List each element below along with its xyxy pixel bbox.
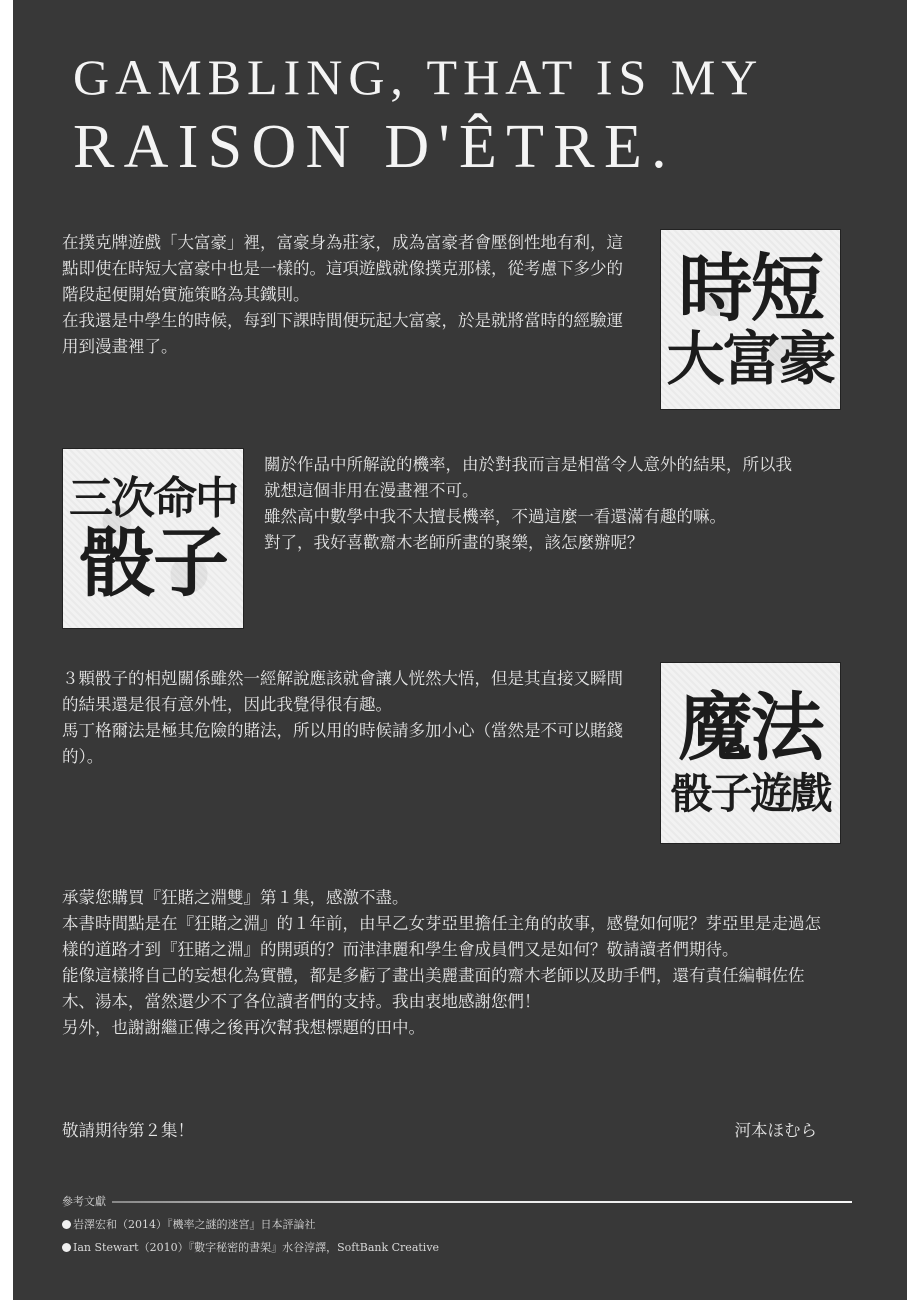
author-name: 河本ほむら (735, 1117, 818, 1141)
section-2-paragraph-1: 關於作品中所解說的機率，由於對我而言是相當令人意外的結果，所以我就想這個非用在漫… (264, 452, 794, 504)
reference-text: Ian Stewart（2010）『數字秘密的書架』水谷淳譯，SoftBank … (73, 1236, 439, 1259)
references-heading-row: 參考文獻 (62, 1190, 852, 1213)
section-1-text: 在撲克牌遊戲「大富豪」裡，富豪身為莊家，成為富豪者會壓倒性地有利，這點即使在時短… (62, 230, 624, 360)
section-3-paragraph-2: 馬丁格爾法是極其危險的賭法，所以用的時候請多加小心（當然是不可以賭錢的）。 (62, 718, 624, 770)
section-3-paragraph-1: ３顆骰子的相剋關係雖然一經解說應該就會讓人恍然大悟，但是其直接又瞬間的結果還是很… (62, 666, 624, 718)
logo-1-line-1: 時短 (679, 252, 823, 326)
references-divider (112, 1201, 852, 1203)
section-2-text: 關於作品中所解說的機率，由於對我而言是相當令人意外的結果，所以我就想這個非用在漫… (264, 452, 794, 556)
closing-line: 敬請期待第２集！ (62, 1117, 194, 1141)
reference-text: 岩澤宏和（2014）『機率之謎的迷宮』日本評論社 (73, 1213, 316, 1236)
logo-mahou-saikoro-yuugi: 魔法 骰子遊戲 (660, 662, 841, 844)
reference-item: Ian Stewart（2010）『數字秘密的書架』水谷淳譯，SoftBank … (62, 1236, 852, 1259)
section-3-text: ３顆骰子的相剋關係雖然一經解說應該就會讓人恍然大悟，但是其直接又瞬間的結果還是很… (62, 666, 624, 770)
section-2-paragraph-3: 對了，我好喜歡齋木老師所畫的聚樂，該怎麼辦呢？ (264, 530, 794, 556)
section-1-paragraph-1: 在撲克牌遊戲「大富豪」裡，富豪身為莊家，成為富豪者會壓倒性地有利，這點即使在時短… (62, 230, 624, 308)
logo-2-line-2: 骰子 (79, 525, 227, 601)
bullet-icon (62, 1220, 71, 1229)
page: GAMBLING, THAT IS MY RAISON D'ÊTRE. 在撲克牌… (13, 0, 907, 1300)
afterword-paragraph-4: 另外，也謝謝繼正傳之後再次幫我想標題的田中。 (62, 1015, 832, 1041)
logo-jitan-daifugo: 時短 大富豪 (660, 229, 841, 410)
afterword: 承蒙您購買『狂賭之淵雙』第１集，感激不盡。 本書時間點是在『狂賭之淵』的１年前，… (62, 885, 832, 1041)
references-heading: 參考文獻 (62, 1190, 106, 1213)
logo-1-line-2: 大富豪 (666, 330, 834, 388)
afterword-paragraph-3: 能像這樣將自己的妄想化為實體，都是多虧了畫出美麗畫面的齋木老師以及助手們，還有責… (62, 963, 832, 1015)
logo-sanji-meichu-saikoro: 三次命中 骰子 (62, 448, 244, 629)
section-2-paragraph-2: 雖然高中數學中我不太擅長機率，不過這麼一看還滿有趣的嘛。 (264, 504, 794, 530)
title-line-2: RAISON D'ÊTRE. (73, 116, 763, 178)
bullet-icon (62, 1243, 71, 1252)
logo-3-line-2: 骰子遊戲 (670, 773, 830, 815)
logo-3-line-1: 魔法 (679, 691, 823, 765)
title-line-1: GAMBLING, THAT IS MY (73, 52, 763, 102)
references: 參考文獻 岩澤宏和（2014）『機率之謎的迷宮』日本評論社 Ian Stewar… (62, 1190, 852, 1259)
page-title: GAMBLING, THAT IS MY RAISON D'ÊTRE. (73, 52, 763, 178)
afterword-paragraph-2: 本書時間點是在『狂賭之淵』的１年前，由早乙女芽亞里擔任主角的故事，感覺如何呢？芽… (62, 911, 832, 963)
reference-item: 岩澤宏和（2014）『機率之謎的迷宮』日本評論社 (62, 1213, 852, 1236)
afterword-paragraph-1: 承蒙您購買『狂賭之淵雙』第１集，感激不盡。 (62, 885, 832, 911)
logo-2-line-1: 三次命中 (69, 477, 237, 521)
section-1-paragraph-2: 在我還是中學生的時候，每到下課時間便玩起大富豪，於是就將當時的經驗運用到漫畫裡了… (62, 308, 624, 360)
signature-row: 敬請期待第２集！ 河本ほむら (62, 1117, 817, 1141)
